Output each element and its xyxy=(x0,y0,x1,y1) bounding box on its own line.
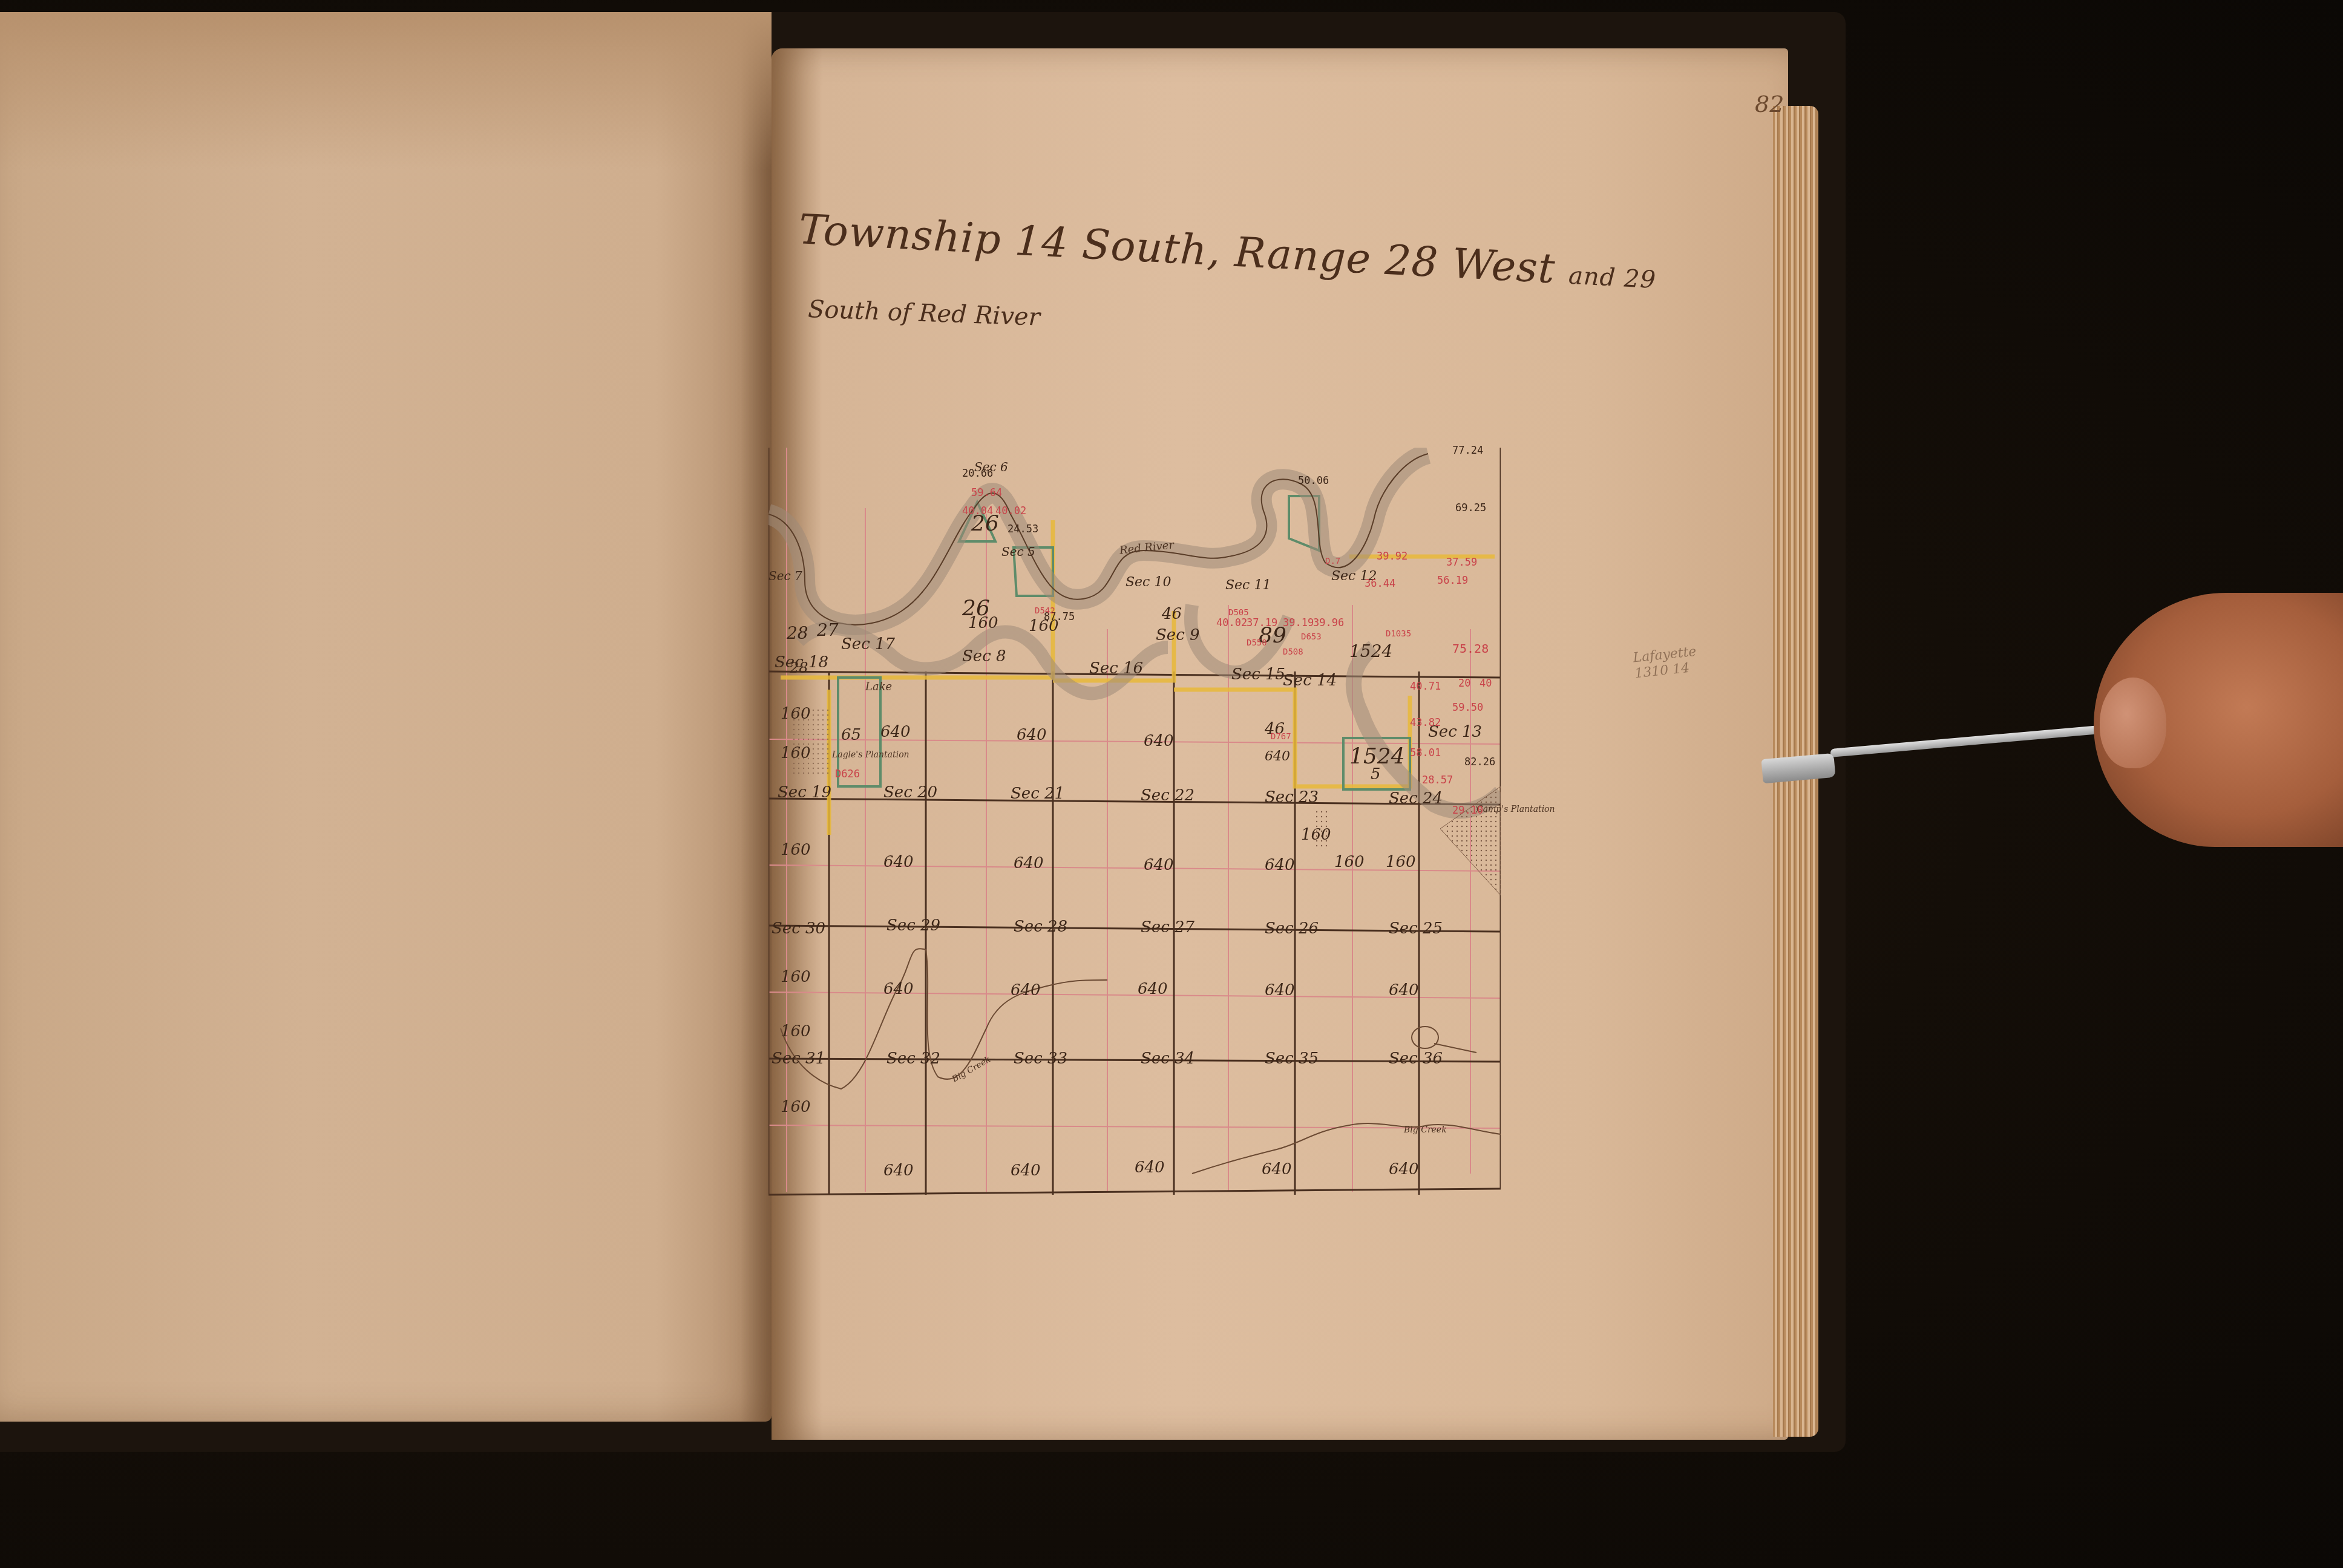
acreage-5: 5 xyxy=(1371,765,1381,783)
lot-acreage: 40 xyxy=(1480,678,1492,690)
section-label-36: Sec 36 xyxy=(1389,1050,1443,1068)
lot-acreage: 58.01 xyxy=(1410,747,1441,759)
bleed-through-text: (faint bleed-through handwriting, illegi… xyxy=(151,248,732,279)
section-label-32: Sec 32 xyxy=(886,1050,940,1068)
section-label-22: Sec 22 xyxy=(1141,786,1194,805)
lot-acreage: 37.59 xyxy=(1446,557,1477,569)
lot-acreage: 29.10 xyxy=(1452,805,1483,817)
acreage-640: 640 xyxy=(1144,732,1174,750)
lot-acreage: 77.24 xyxy=(1452,445,1483,457)
lot-acreage: 20.66 xyxy=(962,468,993,480)
acreage-160: 160 xyxy=(781,968,811,986)
acreage-160: 160 xyxy=(781,1022,811,1040)
acreage-640: 640 xyxy=(883,980,914,998)
township-plat-map: Red River Lake 65 Lagle's Plantation D62… xyxy=(768,448,1501,1198)
acreage-28: 28 xyxy=(787,623,808,643)
section-label-24: Sec 24 xyxy=(1389,789,1443,808)
deed-ref: D653 xyxy=(1301,632,1322,642)
acreage-640: 640 xyxy=(1135,1158,1165,1177)
section-label-34: Sec 34 xyxy=(1141,1050,1194,1068)
lot-acreage: 40.02 xyxy=(1216,617,1247,629)
section-label-14: Sec 14 xyxy=(1283,671,1337,690)
section-label-15: Sec 15 xyxy=(1231,665,1285,684)
lot-acreage: 59.50 xyxy=(1452,702,1483,714)
lot-acreage: 39.19 xyxy=(1283,617,1314,629)
acreage-640: 640 xyxy=(1017,726,1047,744)
acreage-640: 640 xyxy=(1014,854,1044,872)
section-label-5: Sec 5 xyxy=(1001,544,1035,559)
lot-acreage: 39.92 xyxy=(1377,550,1407,563)
deed-ref: D767 xyxy=(1271,732,1291,742)
deed-ref: D505 xyxy=(1228,608,1249,618)
section-label-26: Sec 26 xyxy=(1265,920,1319,938)
acreage-640: 640 xyxy=(1011,1161,1041,1180)
acreage-640: 640 xyxy=(1389,981,1419,999)
lot-acreage: 20 xyxy=(1458,678,1470,690)
acreage-160: 160 xyxy=(781,744,811,762)
deed-ref: D.7 xyxy=(1325,557,1340,566)
deed-ref: D542 xyxy=(1035,606,1055,616)
acreage-160: 160 xyxy=(781,841,811,859)
lot-acreage: 40.04 xyxy=(962,505,993,517)
acreage-26: 26 xyxy=(962,596,990,621)
plantation-ref: D626 xyxy=(835,768,860,780)
section-label-30: Sec 30 xyxy=(772,920,825,938)
lot-acreage: 24.53 xyxy=(1008,523,1038,535)
section-label-27: Sec 27 xyxy=(1141,918,1194,936)
section-label-21: Sec 21 xyxy=(1011,785,1064,803)
acreage-640: 640 xyxy=(1265,981,1295,999)
acreage-160: 160 xyxy=(781,1098,811,1116)
section-label-31: Sec 31 xyxy=(772,1050,825,1068)
acreage-640: 640 xyxy=(1144,856,1174,874)
acreage-46: 46 xyxy=(1162,605,1182,623)
section-label-33: Sec 33 xyxy=(1014,1050,1067,1068)
section-label-19: Sec 19 xyxy=(778,783,831,802)
pencil-margin-note: Lafayette 1310 14 xyxy=(1633,644,1699,682)
section-label-28: Sec 28 xyxy=(1014,918,1067,936)
acreage-640: 640 xyxy=(1265,749,1290,764)
lot-acreage: 50.06 xyxy=(1298,475,1329,487)
section-label-17: Sec 17 xyxy=(841,635,895,653)
section-label-25: Sec 25 xyxy=(1389,920,1443,938)
section-label-29: Sec 29 xyxy=(886,916,940,935)
lot-acreage: 43.82 xyxy=(1410,717,1441,729)
acreage-640: 640 xyxy=(880,723,911,741)
lake-label: Lake xyxy=(865,681,892,693)
acreage-1524: 1524 xyxy=(1349,641,1392,661)
lot-acreage: 36.44 xyxy=(1365,578,1395,590)
acreage-640: 640 xyxy=(1262,1160,1292,1178)
big-creek-label-2: Big Creek xyxy=(1404,1125,1447,1135)
acreage-160: 160 xyxy=(1301,826,1331,844)
lot-acreage: 39.96 xyxy=(1313,617,1344,629)
lot-acreage: 40.02 xyxy=(995,505,1026,517)
deed-ref: D508 xyxy=(1283,647,1303,657)
lot-acreage: 75.28 xyxy=(1452,641,1489,656)
acreage-640: 640 xyxy=(1265,856,1295,874)
plantation-acres: 65 xyxy=(841,726,861,744)
acreage-640: 640 xyxy=(883,853,914,871)
lot-acreage: 56.19 xyxy=(1437,575,1468,587)
section-label-11: Sec 11 xyxy=(1225,578,1271,593)
acreage-160: 160 xyxy=(781,705,811,723)
camps-plantation-label: Camp's Plantation xyxy=(1476,805,1555,814)
lagles-plantation-label: Lagle's Plantation xyxy=(832,750,909,760)
section-label-16: Sec 16 xyxy=(1089,659,1143,678)
pond xyxy=(1412,1027,1438,1048)
acreage-160: 160 xyxy=(1386,853,1416,871)
acreage-640: 640 xyxy=(1011,981,1041,999)
lot-acreage: 37.19 xyxy=(1247,617,1277,629)
acreage-160: 160 xyxy=(1334,853,1365,871)
page-number: 82 xyxy=(1755,91,1784,117)
acreage-640: 640 xyxy=(1389,1160,1419,1178)
lot-acreage: 28.57 xyxy=(1422,774,1453,786)
lot-acreage: 40.71 xyxy=(1410,681,1441,693)
section-label-9: Sec 9 xyxy=(1156,626,1200,644)
title-suffix: and 29 xyxy=(1568,262,1657,295)
section-label-7: Sec 7 xyxy=(768,569,802,583)
acreage-640: 640 xyxy=(1138,980,1168,998)
big-creek-lower xyxy=(1192,1123,1501,1174)
lot-acreage: 59.64 xyxy=(971,487,1002,499)
acreage-640: 640 xyxy=(883,1161,914,1180)
lot-acreage: 82.26 xyxy=(1464,756,1495,768)
red-river-wash xyxy=(768,454,1428,625)
acreage-27: 27 xyxy=(817,620,839,640)
section-label-20: Sec 20 xyxy=(883,783,937,802)
left-page[interactable]: (faint bleed-through handwriting, illegi… xyxy=(0,12,772,1422)
thumb xyxy=(2100,678,2166,768)
section-label-8: Sec 8 xyxy=(962,647,1006,665)
section-label-23: Sec 23 xyxy=(1265,788,1319,806)
acreage-28: 28 xyxy=(790,659,808,676)
section-label-35: Sec 35 xyxy=(1265,1050,1319,1068)
lot-acreage: 69.25 xyxy=(1455,502,1486,514)
deed-ref: D1035 xyxy=(1386,629,1411,639)
deed-ref: D550 xyxy=(1247,638,1267,648)
section-label-10: Sec 10 xyxy=(1126,575,1171,590)
